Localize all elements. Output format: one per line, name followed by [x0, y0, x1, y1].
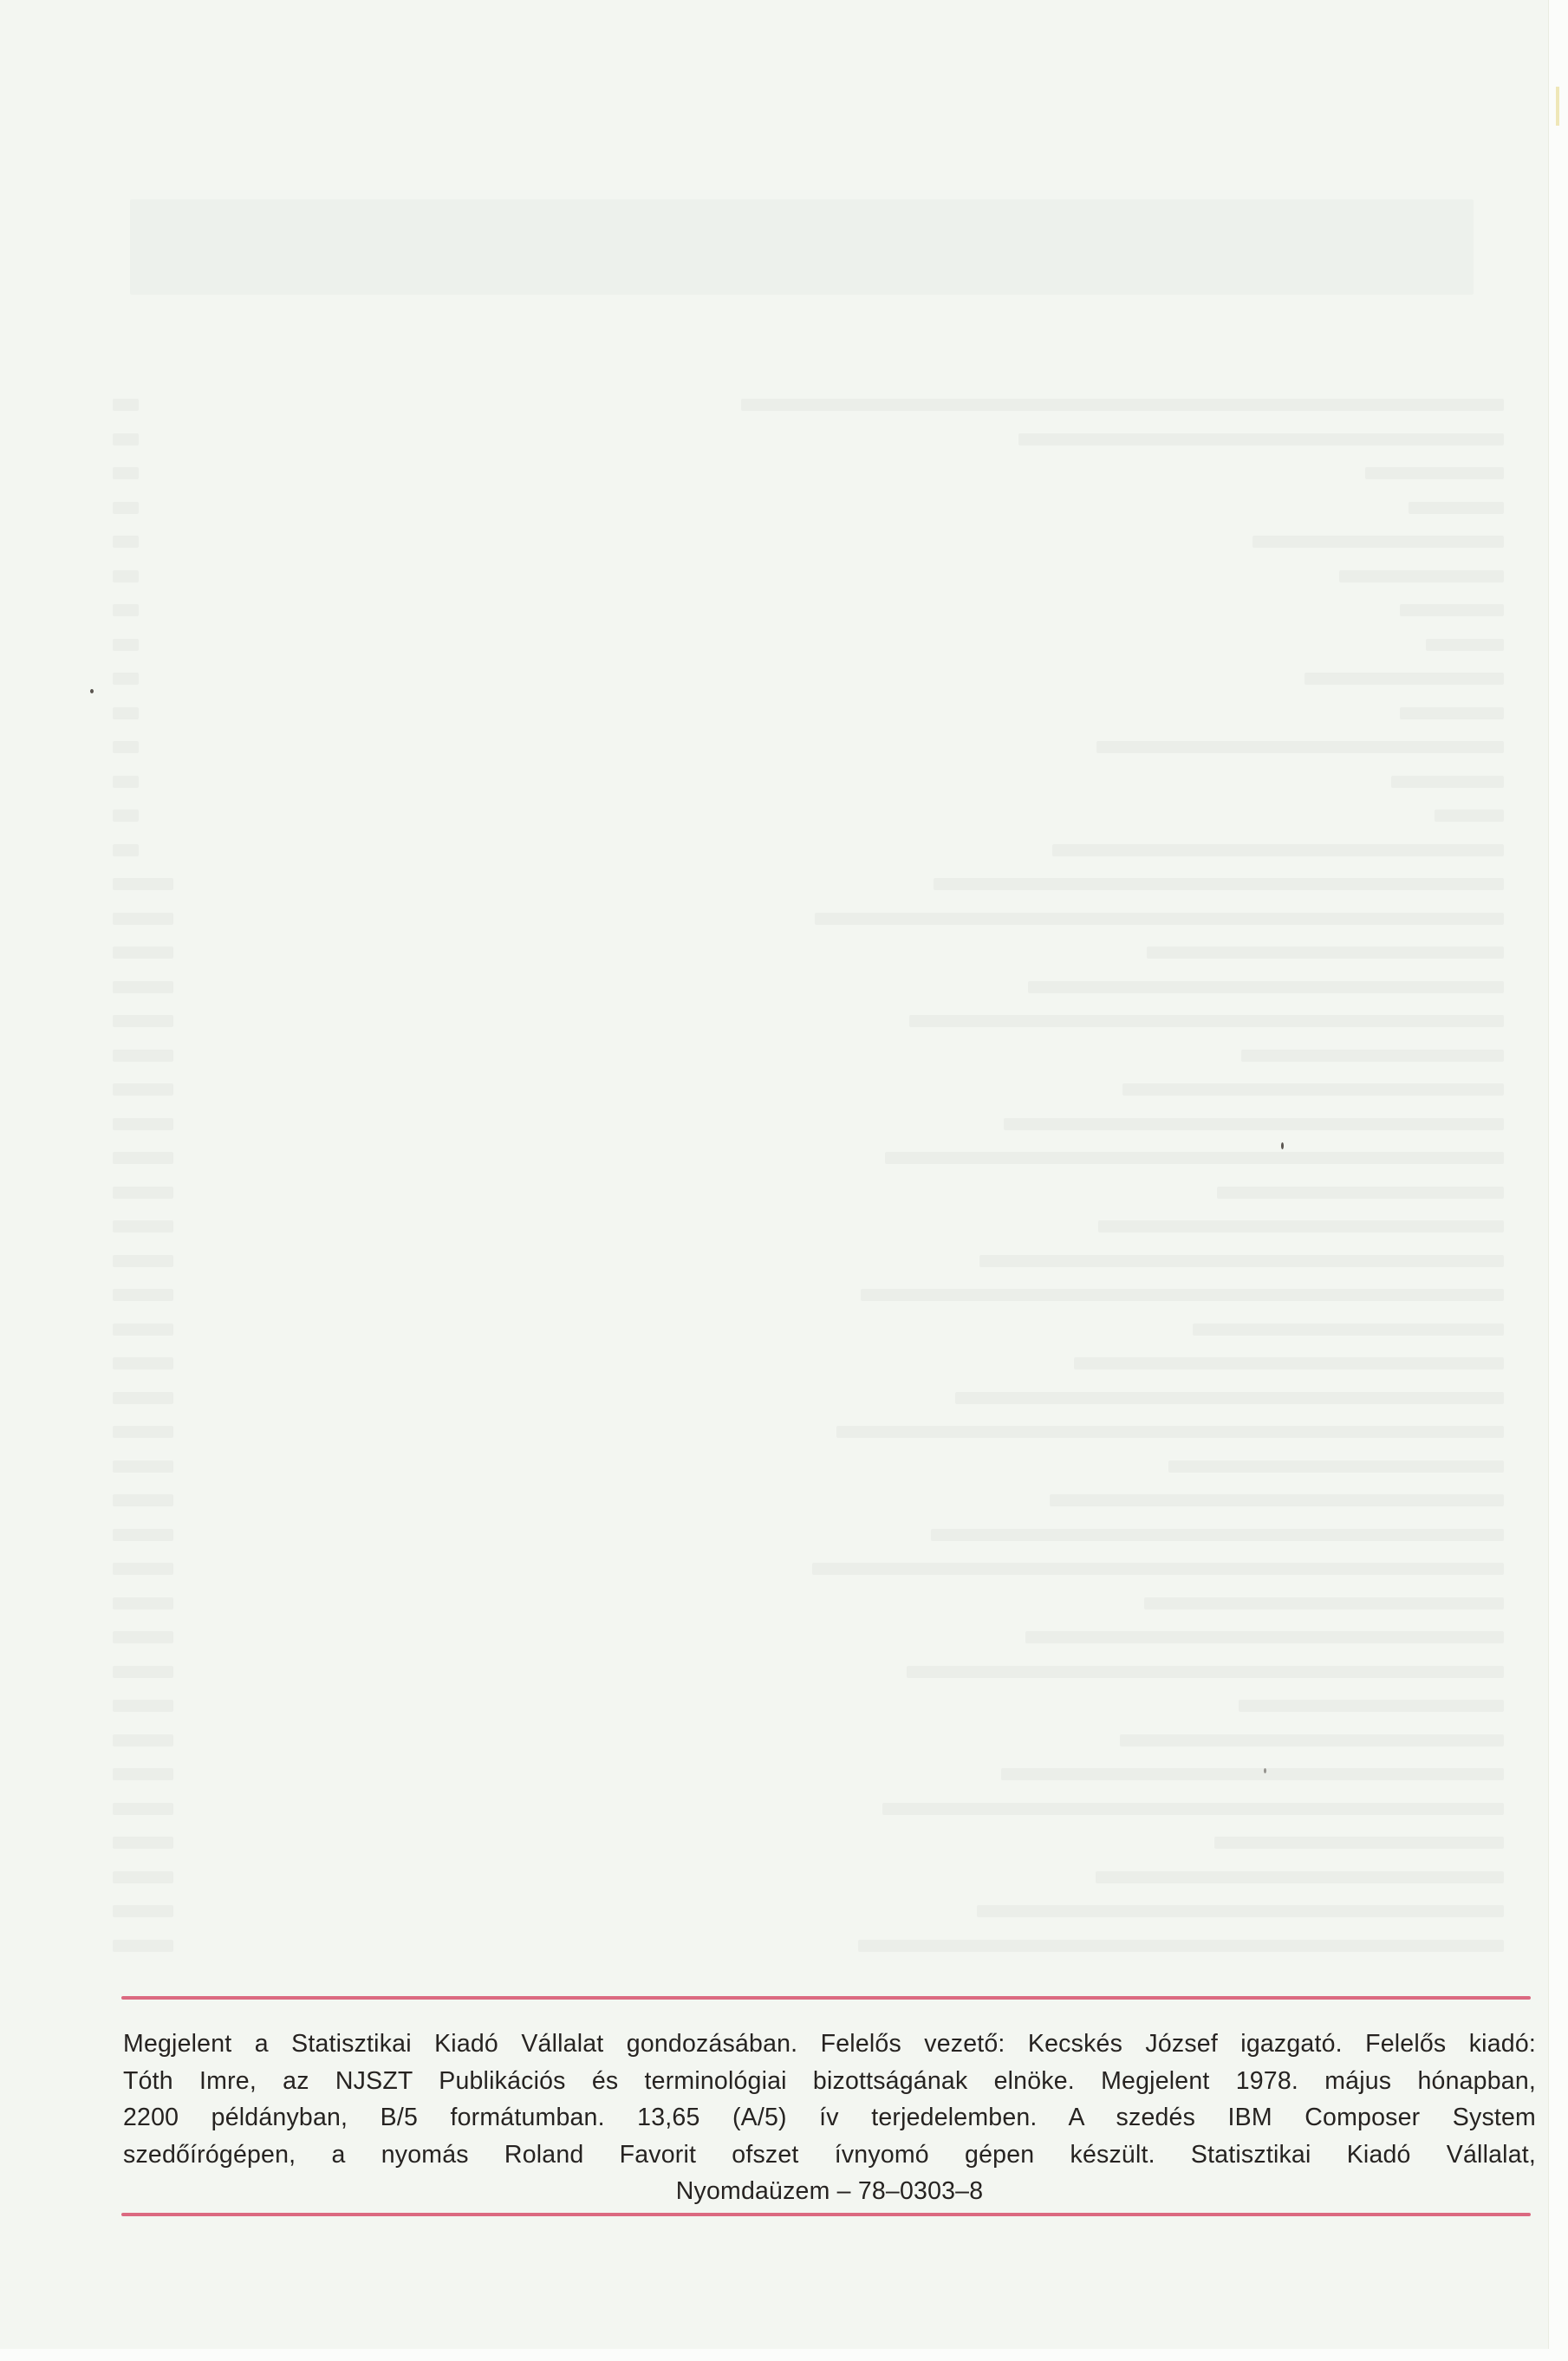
colophon-bottom-rule — [121, 2213, 1531, 2216]
colophon-line: Tóth Imre, az NJSZT Publikációs és termi… — [123, 2063, 1536, 2100]
colophon-top-rule — [121, 1996, 1531, 2000]
page-edge — [1556, 87, 1559, 126]
show-through-from-reverse-side — [0, 0, 1548, 1994]
colophon-line: 2200 példányban, B/5 formátumban. 13,65 … — [123, 2099, 1536, 2137]
colophon: Megjelent a Statisztikai Kiadó Vállalat … — [123, 2026, 1536, 2210]
book-page: Megjelent a Statisztikai Kiadó Vállalat … — [0, 0, 1549, 2349]
print-speck — [1281, 1142, 1284, 1149]
print-speck — [1264, 1768, 1266, 1773]
colophon-line: Megjelent a Statisztikai Kiadó Vállalat … — [123, 2026, 1536, 2063]
colophon-print-number: Nyomdaüzem – 78–0303–8 — [123, 2173, 1536, 2210]
print-speck — [90, 689, 94, 693]
colophon-line: szedőírógépen, a nyomás Roland Favorit o… — [123, 2137, 1536, 2174]
